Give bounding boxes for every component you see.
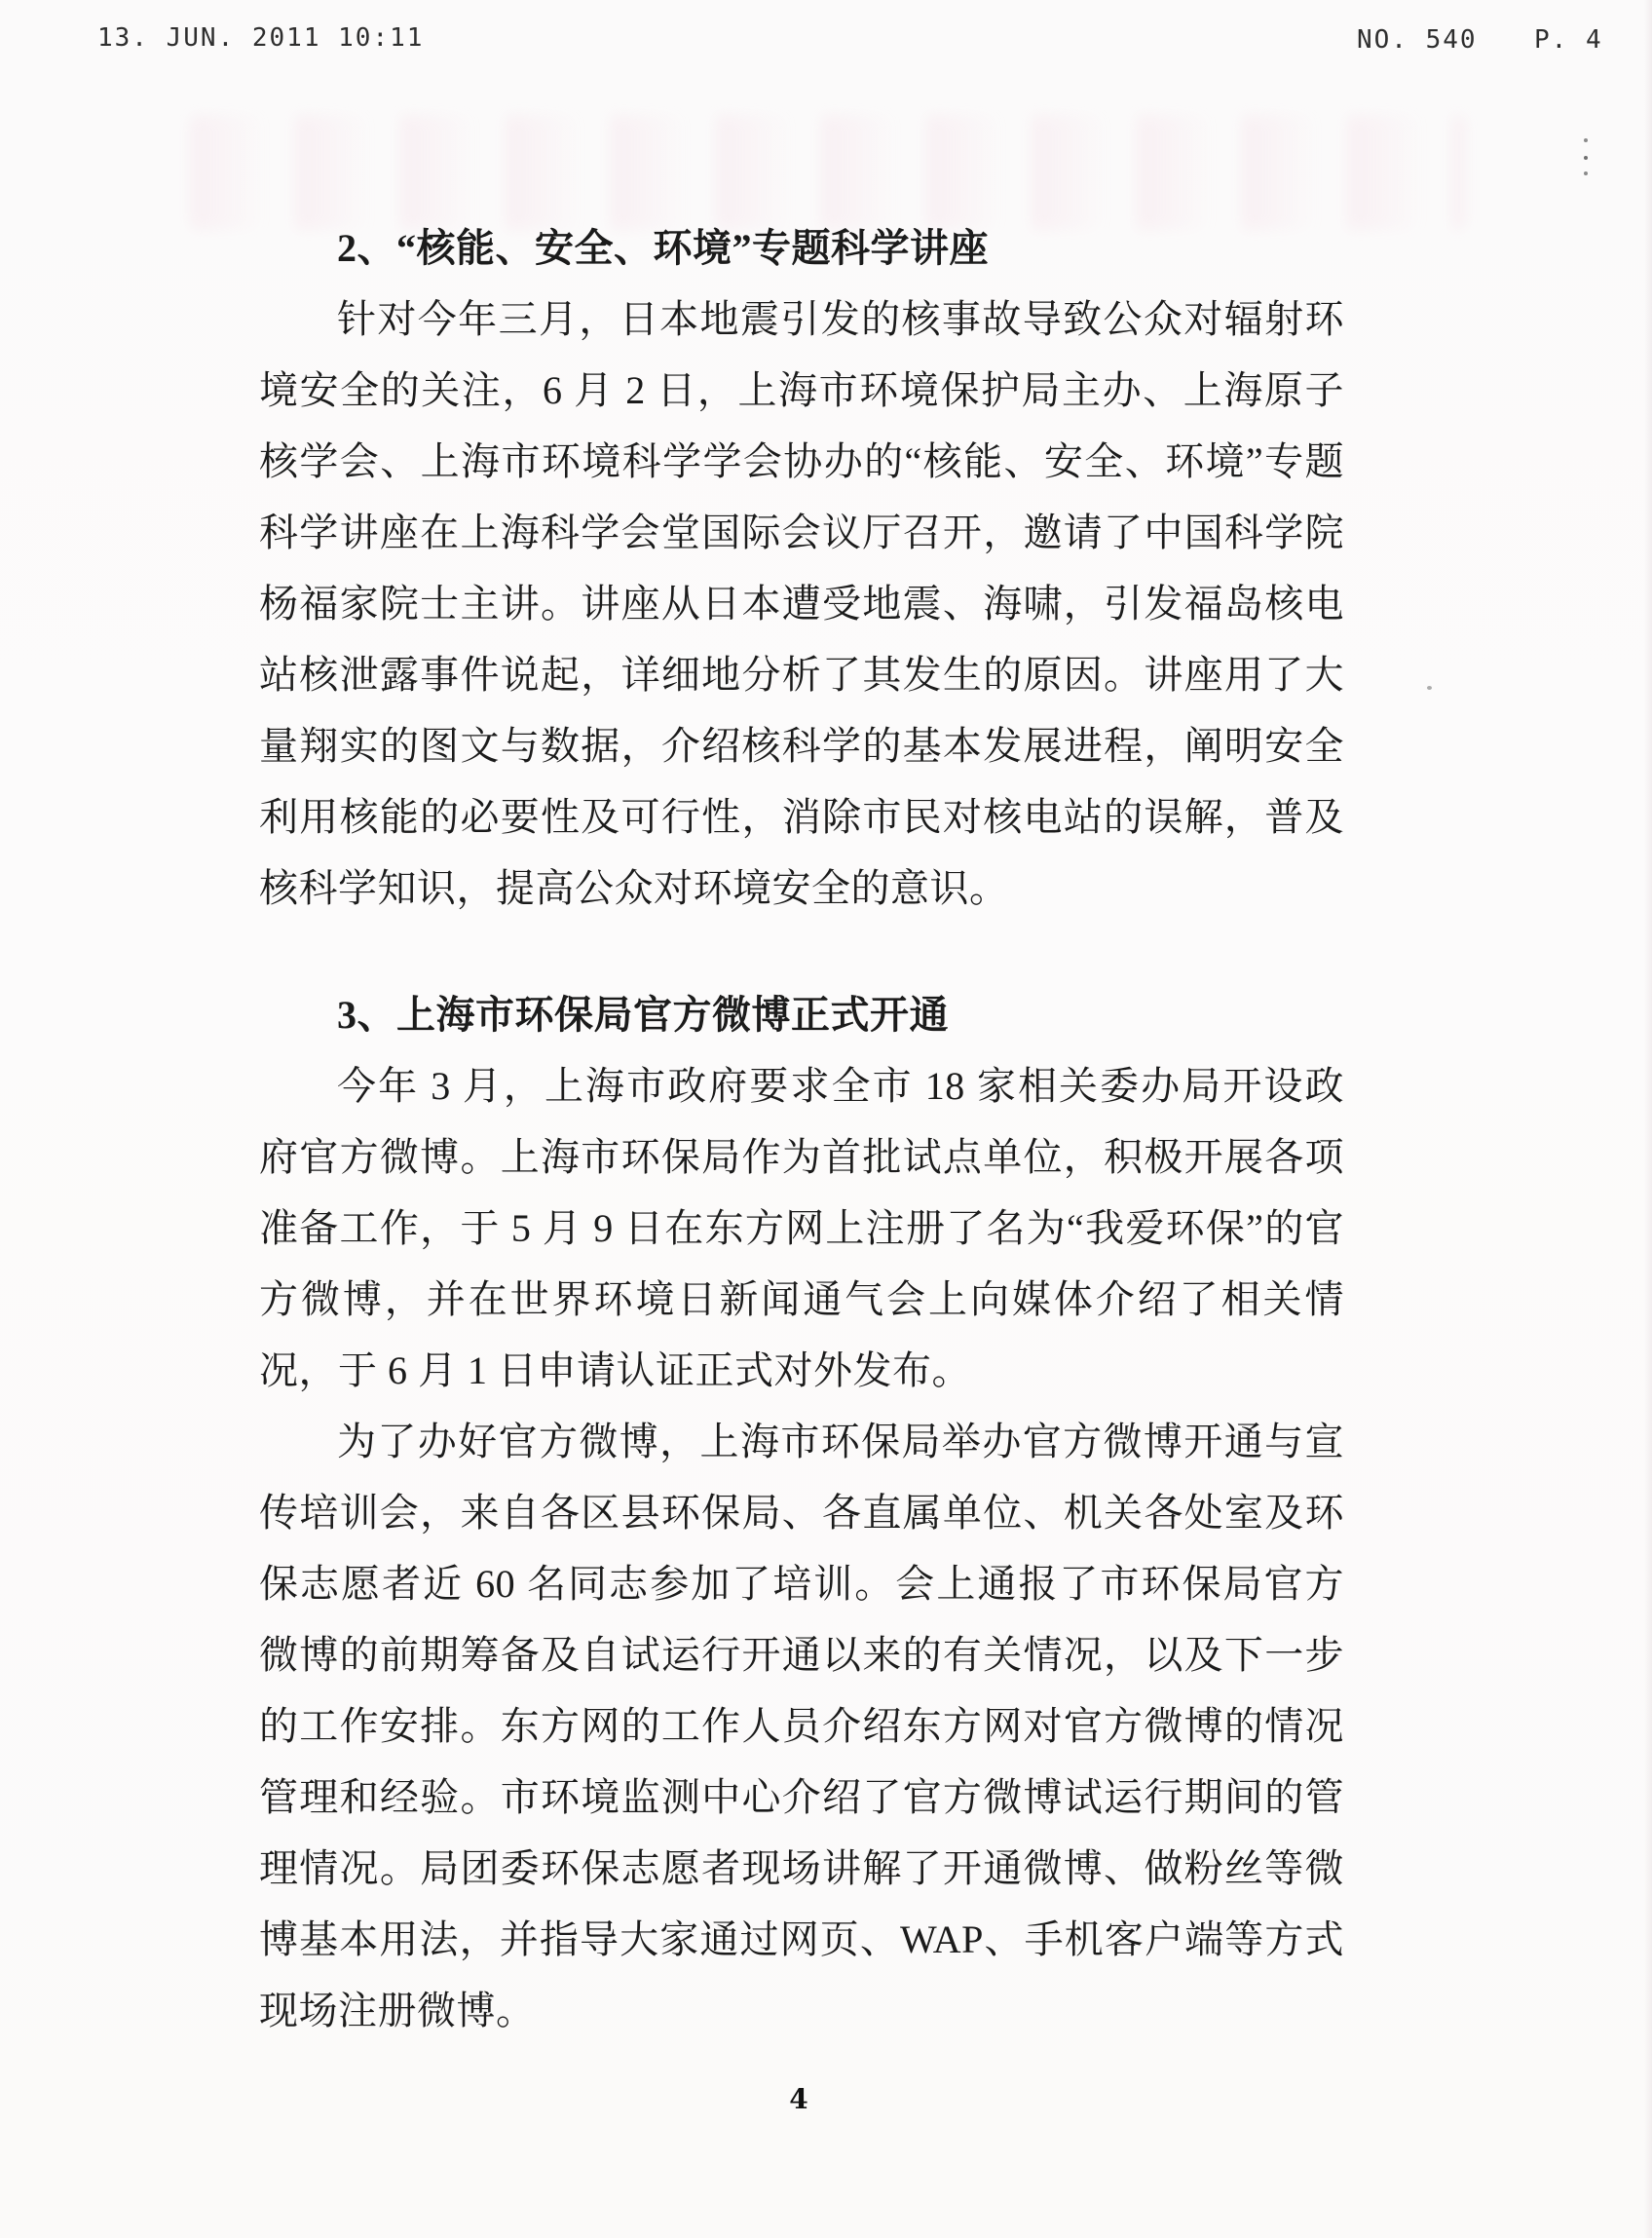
section-heading: 3、上海市环保局官方微博正式开通 bbox=[259, 979, 1344, 1050]
scan-speckle bbox=[1427, 686, 1432, 690]
fax-timestamp: 13. JUN. 2011 10:11 bbox=[97, 23, 424, 53]
page-number: 4 bbox=[770, 2083, 828, 2115]
section-heading: 2、“核能、安全、环境”专题科学讲座 bbox=[259, 212, 1344, 284]
fax-scanned-page: 13. JUN. 2011 10:11 NO. 540 P. 4 2、“核能、安… bbox=[0, 0, 1652, 2238]
fax-job-number: NO. 540 bbox=[1357, 25, 1478, 55]
fax-page-label: P. 4 bbox=[1534, 25, 1603, 55]
section-paragraph: 今年 3 月，上海市政府要求全市 18 家相关委办局开设政府官方微博。上海市环保… bbox=[259, 1050, 1344, 1406]
document-body: 2、“核能、安全、环境”专题科学讲座 针对今年三月，日本地震引发的核事故导致公众… bbox=[259, 212, 1344, 2046]
scan-speckle bbox=[1584, 138, 1588, 142]
scan-edge-shadow bbox=[1644, 0, 1652, 2238]
section-paragraph: 针对今年三月，日本地震引发的核事故导致公众对辐射环境安全的关注，6 月 2 日，… bbox=[259, 284, 1344, 924]
section-weibo-launch: 3、上海市环保局官方微博正式开通 今年 3 月，上海市政府要求全市 18 家相关… bbox=[259, 979, 1344, 2046]
section-nuclear-lecture: 2、“核能、安全、环境”专题科学讲座 针对今年三月，日本地震引发的核事故导致公众… bbox=[259, 212, 1344, 924]
section-paragraph: 为了办好官方微博，上海市环保局举办官方微博开通与宣传培训会，来自各区县环保局、各… bbox=[259, 1406, 1344, 2046]
fax-header: 13. JUN. 2011 10:11 NO. 540 P. 4 bbox=[0, 23, 1652, 62]
